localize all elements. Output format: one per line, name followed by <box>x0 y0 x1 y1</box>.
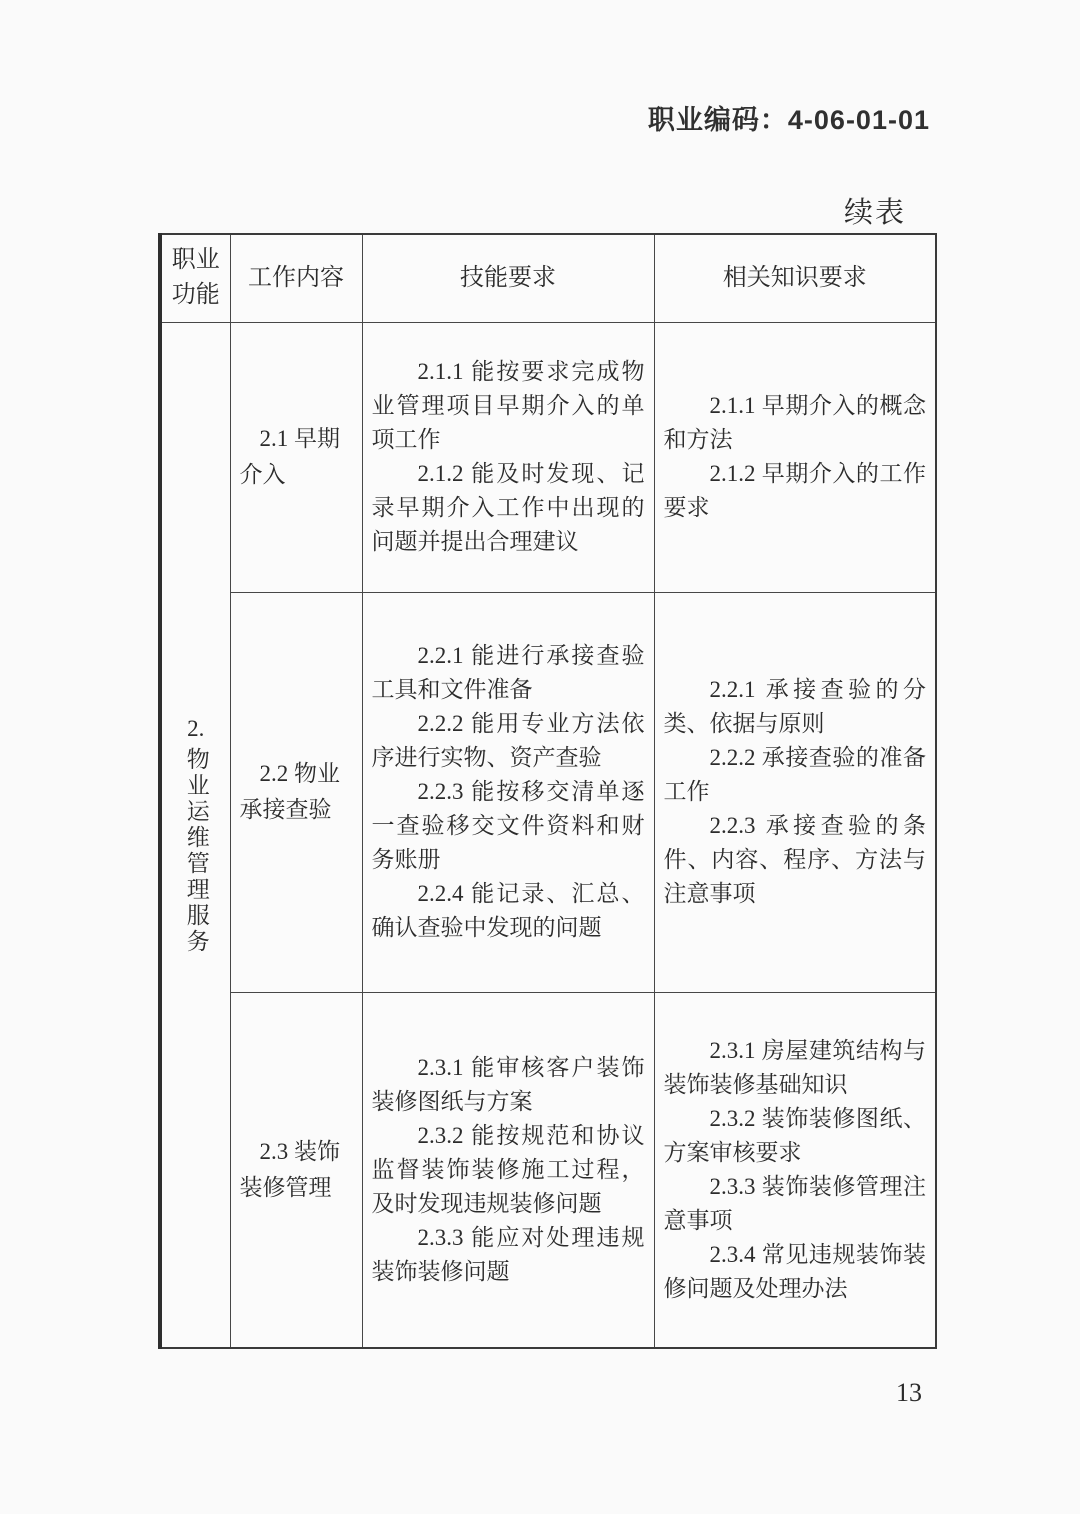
work-content-cell: 2.2 物业承接查验 <box>230 592 362 992</box>
table-row: 2.2 物业承接查验 2.2.1 能进行承接查验工具和文件准备 2.2.2 能用… <box>160 592 936 992</box>
knowledge-item: 2.3.2 装饰装修图纸、方案审核要求 <box>664 1102 927 1170</box>
column-header-skill: 技能要求 <box>362 234 654 322</box>
table-row: 2. 物业运维管理服务 2.1 早期介入 2.1.1 能按要求完成物业管理项目早… <box>160 322 936 592</box>
knowledge-item: 2.1.1 早期介入的概念和方法 <box>664 389 927 457</box>
skill-requirements-cell: 2.2.1 能进行承接查验工具和文件准备 2.2.2 能用专业方法依序进行实物、… <box>362 592 654 992</box>
knowledge-item: 2.3.1 房屋建筑结构与装饰装修基础知识 <box>664 1034 927 1102</box>
table-row: 2.3 装饰装修管理 2.3.1 能审核客户装饰装修图纸与方案 2.3.2 能按… <box>160 992 936 1348</box>
skill-item: 2.2.3 能按移交清单逐一查验移交文件资料和财务账册 <box>372 775 645 877</box>
knowledge-requirements-cell: 2.2.1 承接查验的分类、依据与原则 2.2.2 承接查验的准备工作 2.2.… <box>654 592 936 992</box>
knowledge-item: 2.3.3 装饰装修管理注意事项 <box>664 1170 927 1238</box>
work-content-cell: 2.3 装饰装修管理 <box>230 992 362 1348</box>
skill-item: 2.3.1 能审核客户装饰装修图纸与方案 <box>372 1051 645 1119</box>
function-group-cell: 2. 物业运维管理服务 <box>160 322 230 1348</box>
work-content-label: 2.3 装饰装修管理 <box>240 1134 353 1206</box>
document-page: 职业编码：4-06-01-01 续表 职业功能 工作内容 技能要求 相关知识要求… <box>0 0 1080 1514</box>
skill-item: 2.2.1 能进行承接查验工具和文件准备 <box>372 639 645 707</box>
occupation-code-label: 职业编码：4-06-01-01 <box>648 98 930 137</box>
knowledge-item: 2.2.3 承接查验的条件、内容、程序、方法与注意事项 <box>664 809 927 911</box>
knowledge-requirements-cell: 2.3.1 房屋建筑结构与装饰装修基础知识 2.3.2 装饰装修图纸、方案审核要… <box>654 992 936 1348</box>
function-group-vertical-text: 2. 物业运维管理服务 <box>162 715 230 955</box>
skill-item: 2.2.4 能记录、汇总、确认查验中发现的问题 <box>372 877 645 945</box>
skill-item: 2.3.3 能应对处理违规装饰装修问题 <box>372 1221 645 1289</box>
skill-requirements-cell: 2.3.1 能审核客户装饰装修图纸与方案 2.3.2 能按规范和协议监督装饰装修… <box>362 992 654 1348</box>
column-header-work: 工作内容 <box>230 234 362 322</box>
skill-item: 2.3.2 能按规范和协议监督装饰装修施工过程，及时发现违规装修问题 <box>372 1119 645 1221</box>
skill-item: 2.2.2 能用专业方法依序进行实物、资产查验 <box>372 707 645 775</box>
knowledge-item: 2.2.2 承接查验的准备工作 <box>664 741 927 809</box>
knowledge-requirements-cell: 2.1.1 早期介入的概念和方法 2.1.2 早期介入的工作要求 <box>654 322 936 592</box>
function-group-number: 2. <box>187 715 204 743</box>
column-header-function: 职业功能 <box>160 234 230 322</box>
skill-requirements-cell: 2.1.1 能按要求完成物业管理项目早期介入的单项工作 2.1.2 能及时发现、… <box>362 322 654 592</box>
knowledge-item: 2.1.2 早期介入的工作要求 <box>664 457 927 525</box>
skill-item: 2.1.2 能及时发现、记录早期介入工作中出现的问题并提出合理建议 <box>372 457 645 559</box>
occupational-standard-table: 职业功能 工作内容 技能要求 相关知识要求 2. 物业运维管理服务 2.1 早期… <box>158 233 937 1349</box>
knowledge-item: 2.2.1 承接查验的分类、依据与原则 <box>664 673 927 741</box>
table-header-row: 职业功能 工作内容 技能要求 相关知识要求 <box>160 234 936 322</box>
continued-table-label: 续表 <box>844 190 906 231</box>
work-content-label: 2.1 早期介入 <box>240 421 353 493</box>
function-group-label: 物业运维管理服务 <box>182 747 210 955</box>
work-content-label: 2.2 物业承接查验 <box>240 756 353 828</box>
knowledge-item: 2.3.4 常见违规装饰装修问题及处理办法 <box>664 1238 927 1306</box>
column-header-knowledge: 相关知识要求 <box>654 234 936 322</box>
page-number: 13 <box>896 1378 922 1408</box>
skill-item: 2.1.1 能按要求完成物业管理项目早期介入的单项工作 <box>372 355 645 457</box>
work-content-cell: 2.1 早期介入 <box>230 322 362 592</box>
